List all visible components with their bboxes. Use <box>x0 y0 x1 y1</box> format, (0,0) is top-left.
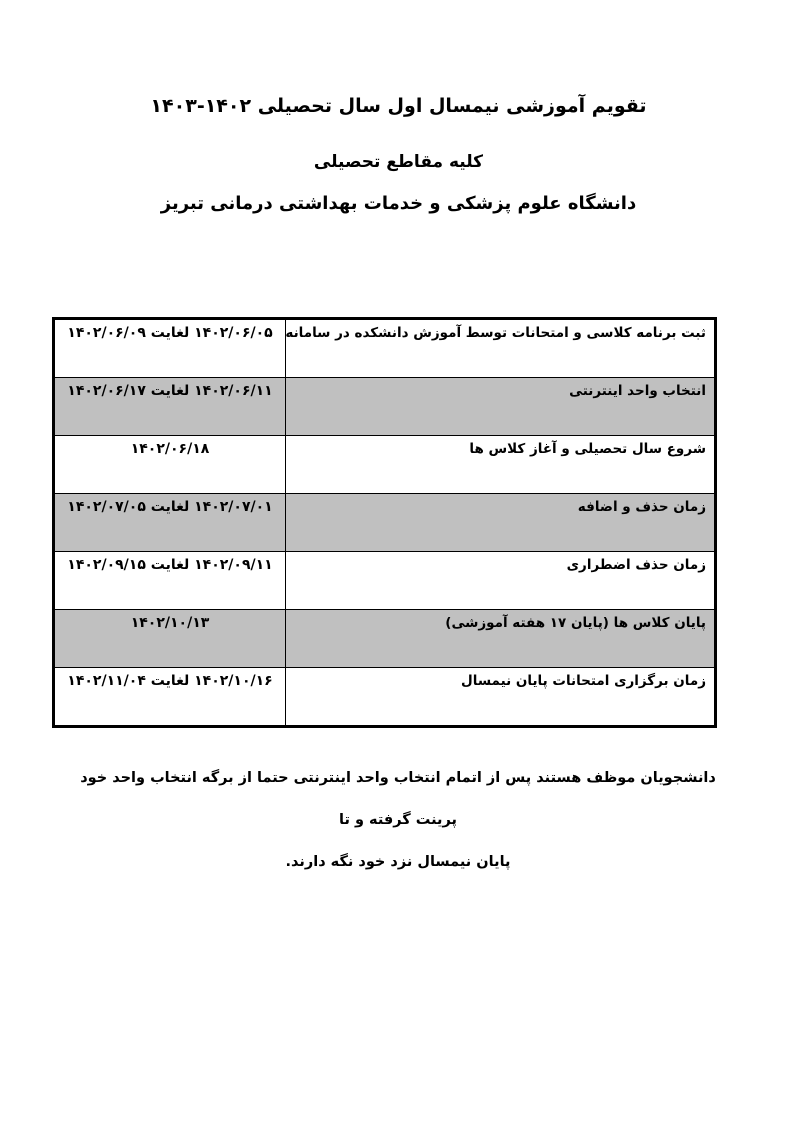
event-date-cell: ۱۴۰۲/۱۰/۱۳ <box>54 610 286 668</box>
event-label-cell: زمان حذف و اضافه <box>286 494 716 552</box>
document-page: تقویم آموزشی نیمسال اول سال تحصیلی ۱۴۰۲-… <box>0 0 797 1128</box>
table-row: شروع سال تحصیلی و آغاز کلاس ها ۱۴۰۲/۰۶/۱… <box>54 436 716 494</box>
table-row: زمان حذف اضطراری ۱۴۰۲/۰۹/۱۱ لغایت ۱۴۰۲/۰… <box>54 552 716 610</box>
subtitle-degree-levels: کلیه مقاطع تحصیلی <box>0 152 797 172</box>
event-date-cell: ۱۴۰۲/۰۹/۱۱ لغایت ۱۴۰۲/۰۹/۱۵ <box>54 552 286 610</box>
footer-note-line2: پایان نیمسال نزد خود نگه دارند. <box>78 841 718 883</box>
table-row: پایان کلاس ها (پایان ۱۷ هفته آموزشی) ۱۴۰… <box>54 610 716 668</box>
event-date-cell: ۱۴۰۲/۰۶/۱۱ لغایت ۱۴۰۲/۰۶/۱۷ <box>54 378 286 436</box>
table-row: انتخاب واحد اینترنتی ۱۴۰۲/۰۶/۱۱ لغایت ۱۴… <box>54 378 716 436</box>
event-label-cell: پایان کلاس ها (پایان ۱۷ هفته آموزشی) <box>286 610 716 668</box>
table-row: زمان برگزاری امتحانات پایان نیمسال ۱۴۰۲/… <box>54 668 716 727</box>
footer-note-line1: دانشجویان موظف هستند پس از اتمام انتخاب … <box>78 757 718 841</box>
event-date-cell: ۱۴۰۲/۰۷/۰۱ لغایت ۱۴۰۲/۰۷/۰۵ <box>54 494 286 552</box>
event-label-cell: شروع سال تحصیلی و آغاز کلاس ها <box>286 436 716 494</box>
event-label-cell: ثبت برنامه کلاسی و امتحانات توسط آموزش د… <box>286 319 716 378</box>
calendar-table: ثبت برنامه کلاسی و امتحانات توسط آموزش د… <box>52 317 717 728</box>
table-row: زمان حذف و اضافه ۱۴۰۲/۰۷/۰۱ لغایت ۱۴۰۲/۰… <box>54 494 716 552</box>
table-row: ثبت برنامه کلاسی و امتحانات توسط آموزش د… <box>54 319 716 378</box>
subtitle-university: دانشگاه علوم پزشکی و خدمات بهداشتی درمان… <box>0 193 797 214</box>
event-label-cell: زمان حذف اضطراری <box>286 552 716 610</box>
event-date-cell: ۱۴۰۲/۰۶/۱۸ <box>54 436 286 494</box>
page-title: تقویم آموزشی نیمسال اول سال تحصیلی ۱۴۰۲-… <box>0 95 797 117</box>
event-label-cell: زمان برگزاری امتحانات پایان نیمسال <box>286 668 716 727</box>
event-date-cell: ۱۴۰۲/۱۰/۱۶ لغایت ۱۴۰۲/۱۱/۰۴ <box>54 668 286 727</box>
event-label-cell: انتخاب واحد اینترنتی <box>286 378 716 436</box>
event-date-cell: ۱۴۰۲/۰۶/۰۵ لغایت ۱۴۰۲/۰۶/۰۹ <box>54 319 286 378</box>
footer-note: دانشجویان موظف هستند پس از اتمام انتخاب … <box>78 757 718 883</box>
